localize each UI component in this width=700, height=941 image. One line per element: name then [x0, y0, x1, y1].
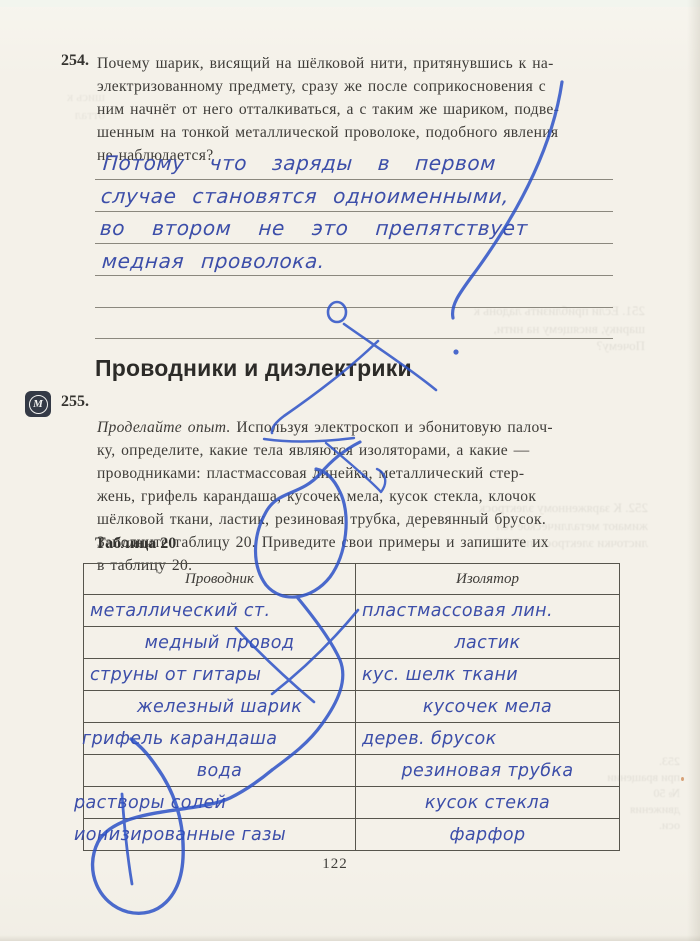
table-cell: пластмассовая лин. [356, 595, 620, 627]
table-header-row: Проводник Изолятор [84, 564, 620, 595]
paper-right-edge [687, 0, 700, 941]
problem-255-body: ку, определите, какие тела являются изол… [97, 439, 619, 577]
paper-top-edge [0, 0, 700, 7]
bleedthrough-text-251: 251. Если приблизить ладонь к шарику, ви… [430, 302, 645, 355]
table-cell: вода [84, 755, 356, 787]
handwritten-answer-line: медная проволока. [101, 249, 326, 273]
table-cell: резиновая трубка [356, 755, 620, 787]
table-row: грифель карандаша дерев. брусок [84, 723, 620, 755]
page-number: 122 [290, 856, 380, 873]
conductors-insulators-table: Проводник Изолятор металлический ст. пла… [83, 563, 620, 851]
problem-255-first-line: Используя электроскоп и эбонитовую палоч… [231, 419, 553, 436]
table-cell: грифель карандаша [84, 723, 356, 755]
table-cell: железный шарик [84, 691, 356, 723]
table-cell: кус. шелк ткани [356, 659, 620, 691]
column-header-insulator: Изолятор [356, 564, 620, 595]
ruled-line [95, 211, 613, 212]
paper-speck [681, 777, 684, 781]
table-cell: растворы солей [84, 787, 356, 819]
m-icon-ring: М [29, 395, 48, 414]
table-row: металлический ст. пластмассовая лин. [84, 595, 620, 627]
ruled-line [95, 179, 613, 180]
section-heading: Проводники и диэлектрики [95, 355, 412, 382]
table-cell: медный провод [84, 627, 356, 659]
table-caption: Таблица 20 [95, 535, 176, 553]
table-cell: дерев. брусок [356, 723, 620, 755]
experiment-m-icon: М [25, 391, 51, 417]
table-row: струны от гитары кус. шелк ткани [84, 659, 620, 691]
ruled-line [95, 243, 613, 244]
handwritten-answer-line: случае становятся одноименными, [100, 184, 510, 208]
table-row: железный шарик кусочек мела [84, 691, 620, 723]
handwritten-answer-line: Потому что заряды в первом [102, 151, 497, 175]
ruled-line [95, 338, 613, 339]
paper-bottom-edge [0, 935, 700, 941]
table-row: медный провод ластик [84, 627, 620, 659]
problem-255-number: 255. [61, 393, 89, 411]
table-cell: струны от гитары [84, 659, 356, 691]
m-icon-letter: М [33, 399, 43, 410]
workbook-page: шись к оттал 251. Если приблизить ладонь… [0, 0, 700, 941]
table-cell: металлический ст. [84, 595, 356, 627]
table-cell: кусок стекла [356, 787, 620, 819]
table-cell: кусочек мела [356, 691, 620, 723]
table-row: ионизированные газы фарфор [84, 819, 620, 851]
table-row: вода резиновая трубка [84, 755, 620, 787]
problem-255-lead-in: Проделайте опыт. [97, 419, 231, 436]
problem-254-text: Почему шарик, висящий на шёлковой нити, … [97, 52, 617, 167]
table-cell: ластик [356, 627, 620, 659]
problem-254-number: 254. [61, 52, 89, 70]
ruled-line [95, 307, 613, 308]
table-cell: ионизированные газы [84, 819, 356, 851]
table-row: растворы солей кусок стекла [84, 787, 620, 819]
bleedthrough-text: шись к оттал [35, 88, 105, 123]
handwritten-answer-line: во втором не это препятствует [99, 216, 529, 240]
table-cell: фарфор [356, 819, 620, 851]
column-header-conductor: Проводник [84, 564, 356, 595]
ruled-line [95, 275, 613, 276]
